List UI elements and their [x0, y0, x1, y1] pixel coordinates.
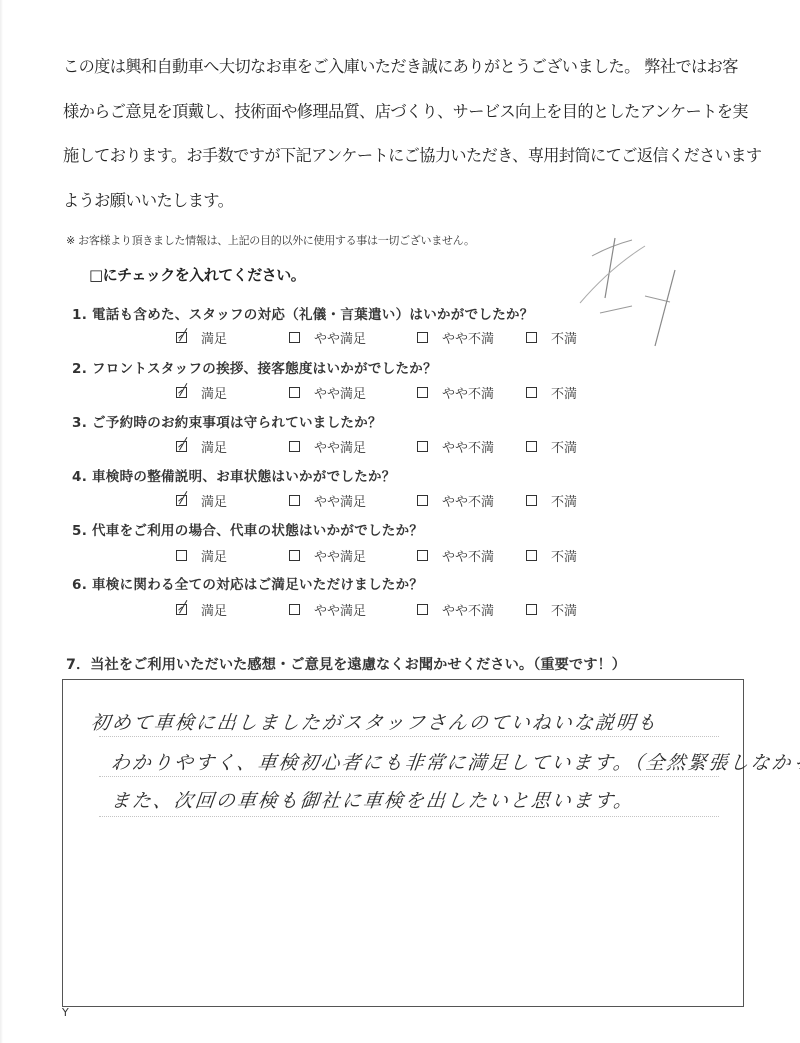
footer-mark: Y — [62, 1006, 69, 1019]
handwritten-comment-line: わかりやすく、車検初心者にも非常に満足しています。（全然緊張しなかった） — [110, 748, 800, 775]
checkbox[interactable] — [289, 495, 300, 506]
checkbox[interactable] — [417, 332, 428, 343]
free-comment-box[interactable]: 初めて車検に出しましたがスタッフさんのていねいな説明も わかりやすく、車検初心者… — [62, 679, 744, 1007]
option-somewhat-dissatisfied[interactable]: やや不満 — [417, 600, 494, 619]
option-somewhat-satisfied[interactable]: やや満足 — [289, 600, 366, 619]
question-7: 7．当社をご利用いただいた感想・ご意見を遠慮なくお聞かせください。（重要です！） — [66, 654, 626, 674]
checkbox[interactable] — [526, 332, 537, 343]
checkbox[interactable] — [417, 604, 428, 615]
question-text: ご予約時のお約束事項は守られていましたか？ — [92, 415, 382, 431]
option-somewhat-dissatisfied[interactable]: やや不満 — [417, 328, 494, 347]
checkbox[interactable] — [526, 441, 537, 452]
question-2: 2.フロントスタッフの挨拶、接客態度はいかがでしたか？ — [72, 357, 437, 377]
handwritten-comment-line: 初めて車検に出しましたがスタッフさんのていねいな説明も — [90, 708, 660, 735]
privacy-note: ※ お客様より頂きました情報は、上記の目的以外に使用する事は一切ございません。 — [66, 232, 475, 248]
checkbox[interactable] — [526, 604, 537, 615]
option-satisfied[interactable]: 満足 — [176, 437, 227, 456]
checkbox-checked[interactable] — [176, 441, 187, 452]
option-somewhat-dissatisfied[interactable]: やや不満 — [417, 491, 494, 510]
instruction-heading: □にチェックを入れてください。 — [89, 264, 305, 285]
checkbox-checked[interactable] — [176, 332, 187, 343]
question-5: 5.代車をご利用の場合、代車の状態はいかがでしたか？ — [72, 519, 423, 539]
question-text: 代車をご利用の場合、代車の状態はいかがでしたか？ — [92, 523, 423, 539]
checkbox[interactable] — [289, 332, 300, 343]
checkbox[interactable] — [417, 495, 428, 506]
checkbox[interactable] — [289, 550, 300, 561]
question-1: 1.電話も含めた、スタッフの対応（礼儀・言葉遣い）はいかがでしたか？ — [72, 303, 534, 323]
option-somewhat-dissatisfied[interactable]: やや不満 — [417, 437, 494, 456]
question-text: フロントスタッフの挨拶、接客態度はいかがでしたか？ — [92, 361, 437, 377]
checkbox[interactable] — [176, 550, 187, 561]
option-somewhat-satisfied[interactable]: やや満足 — [289, 491, 366, 510]
option-somewhat-satisfied[interactable]: やや満足 — [289, 328, 366, 347]
question-3: 3.ご予約時のお約束事項は守られていましたか？ — [72, 411, 382, 431]
option-somewhat-satisfied[interactable]: やや満足 — [289, 437, 366, 456]
checkbox[interactable] — [289, 441, 300, 452]
scan-edge — [0, 0, 3, 1043]
handwritten-signature-mark — [570, 228, 690, 348]
checkbox[interactable] — [526, 495, 537, 506]
question-4: 4.車検時の整備説明、お車状態はいかがでしたか？ — [72, 465, 396, 485]
option-somewhat-satisfied[interactable]: やや満足 — [289, 383, 366, 402]
intro-line: 施しております。お手数ですが下記アンケートにご協力いただき、専用封筒にてご返信く… — [63, 134, 763, 179]
option-dissatisfied[interactable]: 不満 — [526, 328, 577, 347]
option-satisfied[interactable]: 満足 — [176, 383, 227, 402]
option-satisfied[interactable]: 満足 — [176, 328, 227, 347]
checkbox[interactable] — [526, 387, 537, 398]
intro-line: この度は興和自動車へ大切なお車をご入庫いただき誠にありがとうございました。 弊社… — [63, 45, 763, 90]
question-number: 5. — [72, 523, 92, 539]
option-dissatisfied[interactable]: 不満 — [526, 491, 577, 510]
handwritten-comment-line: また、次回の車検も御社に車検を出したいと思います。 — [110, 786, 636, 813]
option-dissatisfied[interactable]: 不満 — [526, 600, 577, 619]
checkbox-checked[interactable] — [176, 604, 187, 615]
question-text: 車検に関わる全ての対応はご満足いただけましたか？ — [92, 577, 423, 593]
intro-line: 様からご意見を頂戴し、技術面や修理品質、店づくり、サービス向上を目的としたアンケ… — [63, 90, 763, 135]
question-number: 4. — [72, 469, 92, 485]
option-satisfied[interactable]: 満足 — [176, 600, 227, 619]
question-number: 3. — [72, 415, 92, 431]
option-somewhat-dissatisfied[interactable]: やや不満 — [417, 383, 494, 402]
checkbox[interactable] — [417, 387, 428, 398]
checkbox[interactable] — [417, 550, 428, 561]
question-number: 2. — [72, 361, 92, 377]
option-satisfied[interactable]: 満足 — [176, 491, 227, 510]
option-satisfied[interactable]: 満足 — [176, 546, 227, 565]
intro-line: ようお願いいたします。 — [63, 179, 763, 224]
checkbox[interactable] — [526, 550, 537, 561]
intro-paragraph: この度は興和自動車へ大切なお車をご入庫いただき誠にありがとうございました。 弊社… — [63, 45, 763, 223]
question-number: 6. — [72, 577, 92, 593]
checkbox-checked[interactable] — [176, 495, 187, 506]
ruled-line — [99, 776, 719, 777]
checkbox[interactable] — [417, 441, 428, 452]
option-dissatisfied[interactable]: 不満 — [526, 546, 577, 565]
option-dissatisfied[interactable]: 不満 — [526, 437, 577, 456]
ruled-line — [99, 816, 719, 817]
option-somewhat-dissatisfied[interactable]: やや不満 — [417, 546, 494, 565]
option-dissatisfied[interactable]: 不満 — [526, 383, 577, 402]
checkbox[interactable] — [289, 387, 300, 398]
question-6: 6.車検に関わる全ての対応はご満足いただけましたか？ — [72, 573, 423, 593]
ruled-line — [99, 736, 719, 737]
question-text: 電話も含めた、スタッフの対応（礼儀・言葉遣い）はいかがでしたか？ — [92, 307, 534, 323]
checkbox-checked[interactable] — [176, 387, 187, 398]
question-number: 1. — [72, 307, 92, 323]
option-somewhat-satisfied[interactable]: やや満足 — [289, 546, 366, 565]
checkbox[interactable] — [289, 604, 300, 615]
question-text: 車検時の整備説明、お車状態はいかがでしたか？ — [92, 469, 396, 485]
